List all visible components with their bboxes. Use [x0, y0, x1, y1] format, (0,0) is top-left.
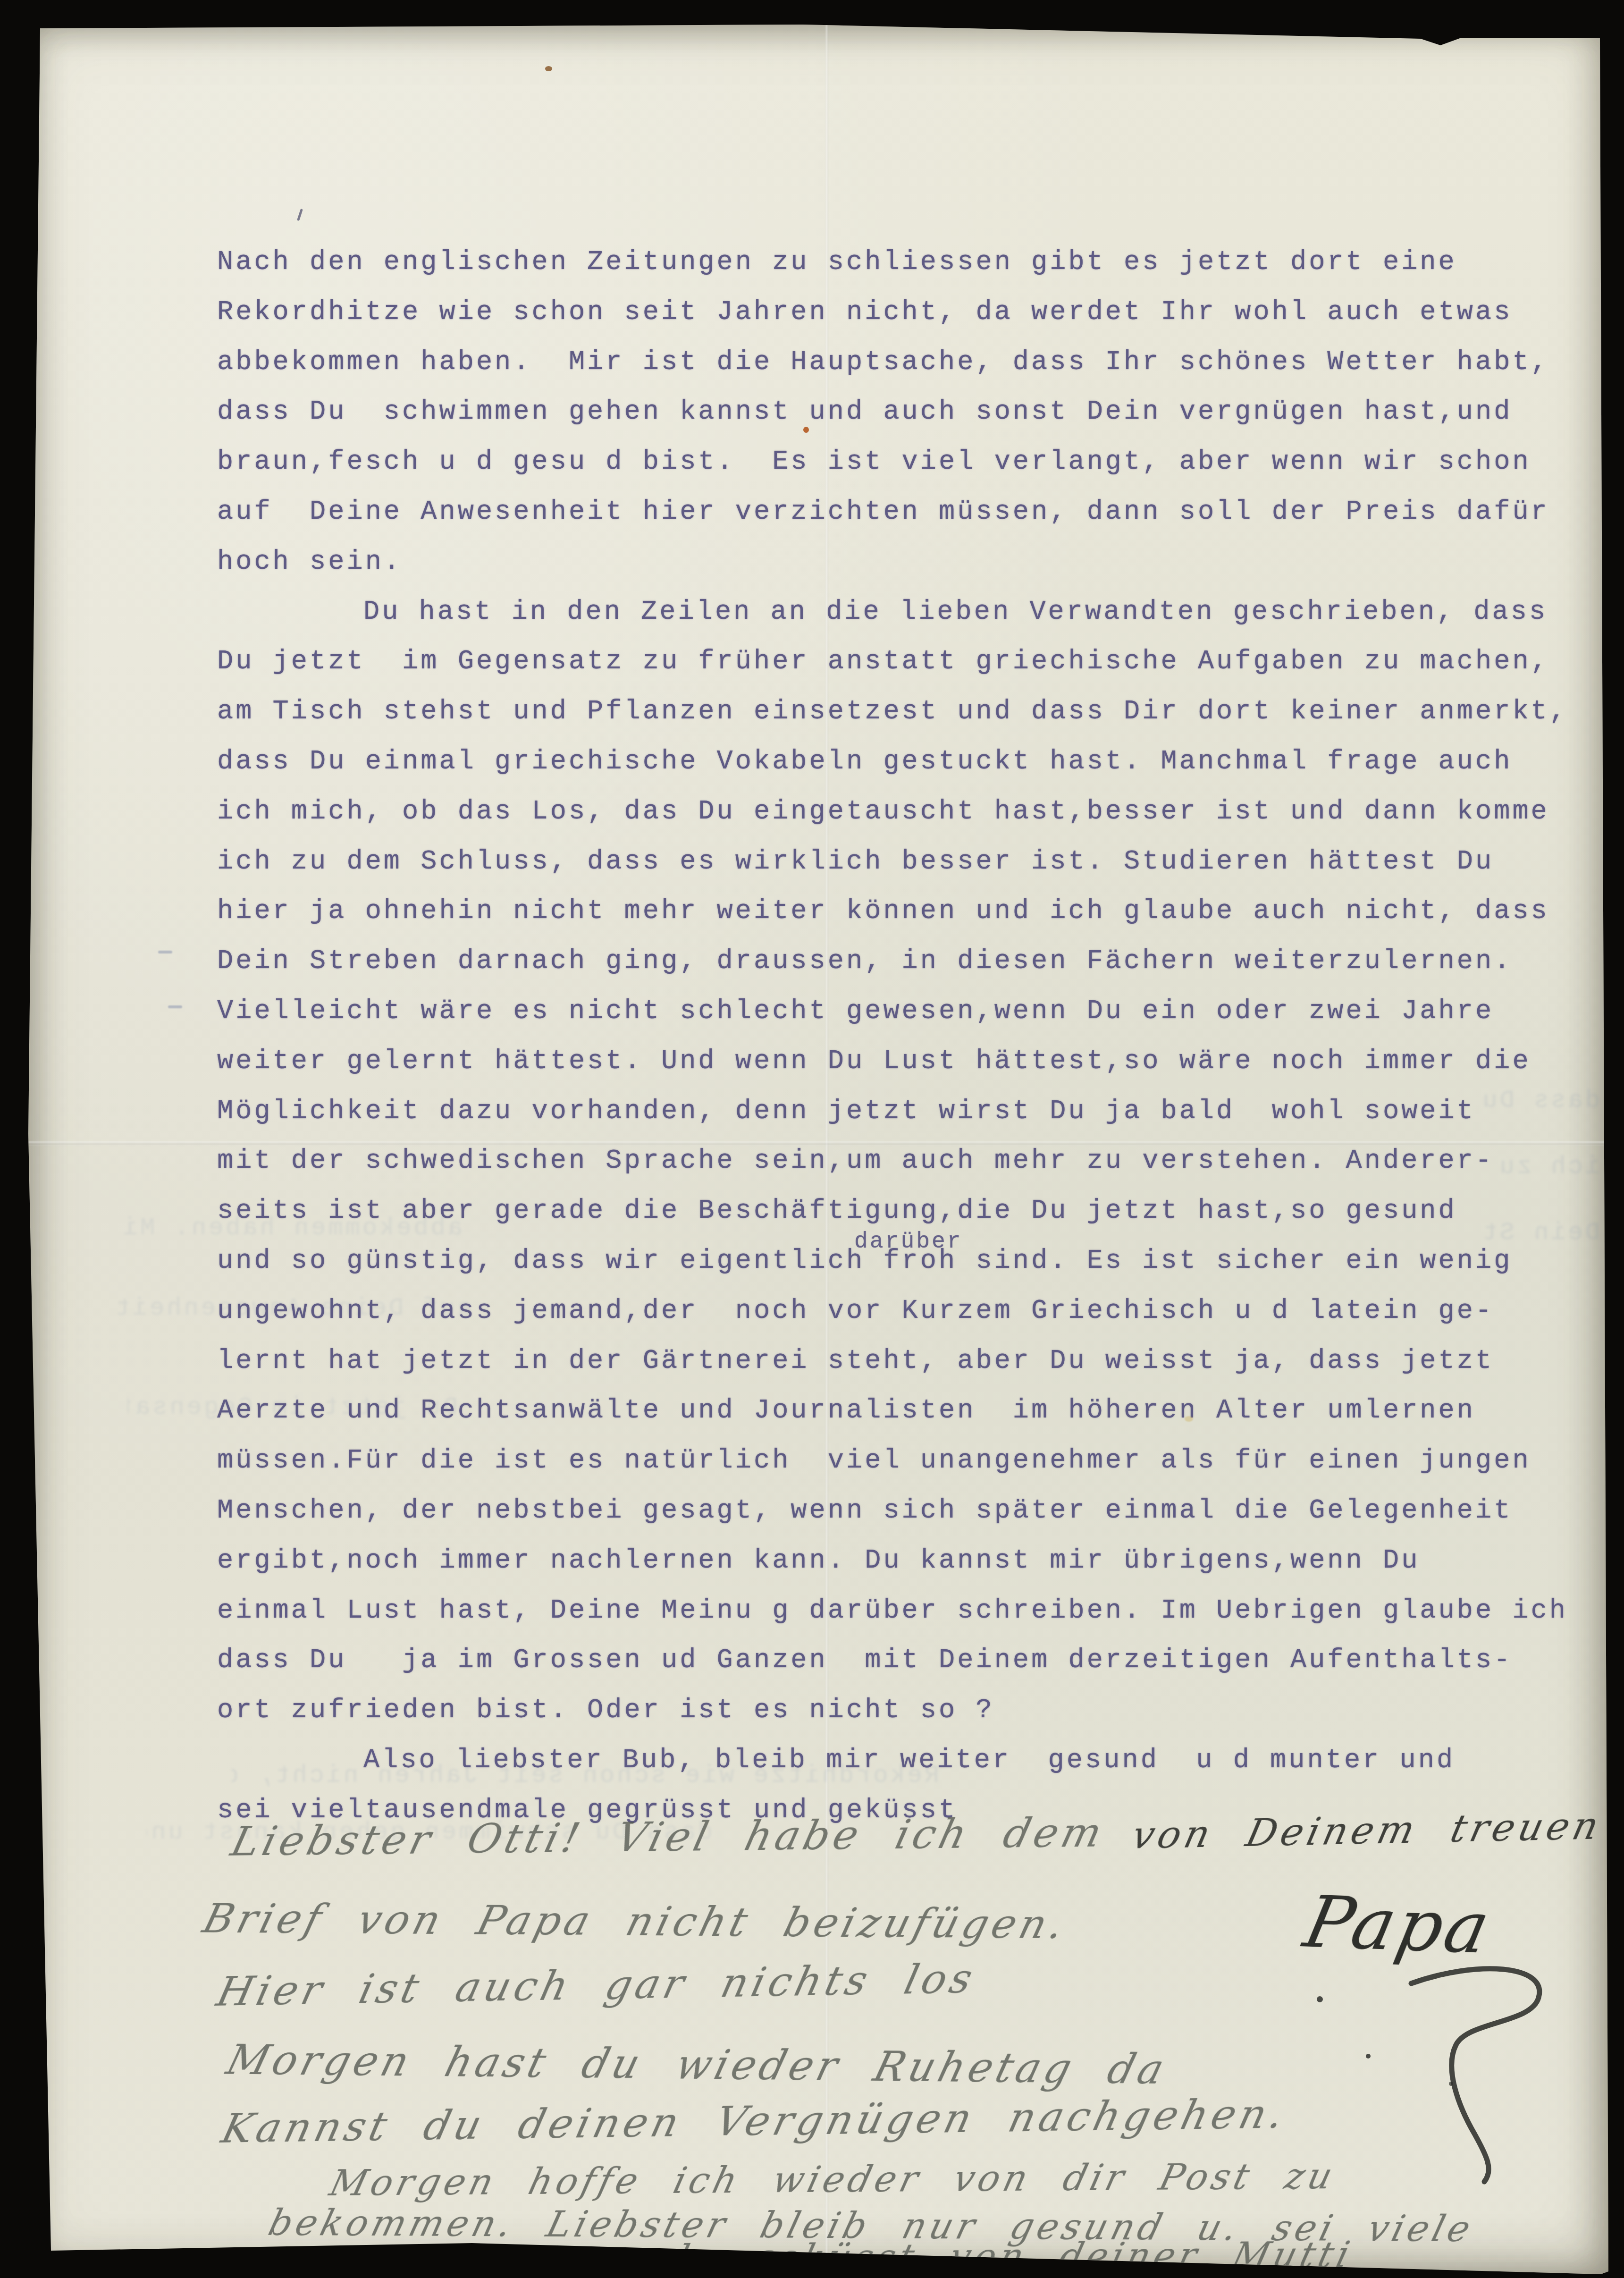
typed-line: weiter gelernt hättest. Und wenn Du Lust… [217, 1037, 1614, 1087]
handwritten-line: male geküsst von deiner Mutti [609, 2234, 1357, 2278]
typed-line: ich zu dem Schluss, dass es wirklich bes… [217, 837, 1614, 887]
typed-line: dass Du einmal griechische Vokabeln gest… [217, 737, 1614, 787]
typed-line: Aerzte und Rechtsanwälte und Journaliste… [217, 1386, 1614, 1436]
typed-line: ort zufrieden bist. Oder ist es nicht so… [217, 1686, 1614, 1736]
stray-ink-tick [297, 209, 303, 221]
margin-dash-mark [168, 1005, 182, 1008]
typed-line: ungewohnt, dass jemand,der noch vor Kurz… [217, 1287, 1614, 1337]
typed-line: lernt hat jetzt in der Gärtnerei steht, … [217, 1337, 1614, 1387]
ink-dot [1449, 2082, 1453, 2086]
handwritten-greeting-left: Liebster Otti! Viel habe ich dem [227, 1809, 1110, 1865]
typed-line: Menschen, der nebstbei gesagt, wenn sich… [217, 1486, 1614, 1536]
typed-line: am Tisch stehst und Pflanzen einsetzest … [217, 687, 1614, 737]
typed-line: ich mich, ob das Los, das Du eingetausch… [217, 787, 1614, 837]
typed-line: abbekommen haben. Mir ist die Hauptsache… [217, 338, 1614, 388]
ink-dot [1317, 1996, 1323, 2002]
typed-line: hoch sein. [217, 538, 1614, 588]
typed-line: hier ja ohnehin nicht mehr weiter können… [217, 887, 1614, 937]
typed-line-paragraph-indent: Du hast in den Zeilen an die lieben Verw… [217, 588, 1614, 638]
margin-dash-mark [158, 951, 172, 953]
handwritten-line: Morgen hoffe ich wieder von dir Post zu [326, 2155, 1340, 2204]
typed-line: mit der schwedischen Sprache sein,um auc… [217, 1137, 1614, 1187]
typed-line: Dein Streben darnach ging, draussen, in … [217, 937, 1614, 987]
paper-stain-speck [1185, 1416, 1193, 1422]
typed-line: braun,fesch u d gesu d bist. Es ist viel… [217, 438, 1614, 488]
typed-line: Du jetzt im Gegensatz zu früher anstatt … [217, 637, 1614, 687]
typed-line: Rekordhitze wie schon seit Jahren nicht,… [217, 288, 1614, 338]
typed-line: ergibt,noch immer nachlernen kann. Du ka… [217, 1536, 1614, 1586]
typed-line: Nach den englischen Zeitungen zu schlies… [217, 238, 1614, 288]
typed-line: einmal Lust hast, Deine Meinu g darüber … [217, 1586, 1614, 1637]
typed-line: auf Deine Anwesenheit hier verzichten mü… [217, 488, 1614, 538]
typed-line: dass Du ja im Grossen ud Ganzen mit Dein… [217, 1636, 1614, 1686]
handwritten-line: Hier ist auch gar nichts los [212, 1955, 980, 2016]
typed-line: Möglichkeit dazu vorhanden, denn jetzt w… [217, 1087, 1614, 1137]
interline-insertion-darueber: darüber [854, 1229, 963, 1255]
typed-text-block: Nach den englischen Zeitungen zu schlies… [217, 238, 1614, 1836]
signature-flourish [1392, 1955, 1590, 2191]
handwritten-line: Kannst du deinen Vergnügen nachgehen. [217, 2091, 1292, 2152]
handwritten-line: Morgen hast du wieder Ruhetag da [222, 2036, 1172, 2093]
typed-line: müssen.Für die ist es natürlich viel una… [217, 1436, 1614, 1486]
handwritten-greeting-right: von Deinem treuen [1128, 1804, 1607, 1857]
paper-stain-speck [545, 66, 552, 71]
scan-background: { "document": { "kind": "typewritten let… [0, 0, 1624, 2278]
ink-dot [1366, 2054, 1371, 2059]
letter-paper: abbekommen haben. Mir ist die Hauptsache… [28, 25, 1608, 2274]
typed-line-paragraph-indent: Also liebster Bub, bleib mir weiter gesu… [217, 1736, 1614, 1786]
typed-line: dass Du schwimmen gehen kannst und auch … [217, 388, 1614, 438]
typed-line: Vielleicht wäre es nicht schlecht gewese… [217, 987, 1614, 1037]
handwritten-line: Brief von Papa nicht beizufügen. [198, 1895, 1073, 1948]
paper-stain-speck [803, 427, 809, 433]
